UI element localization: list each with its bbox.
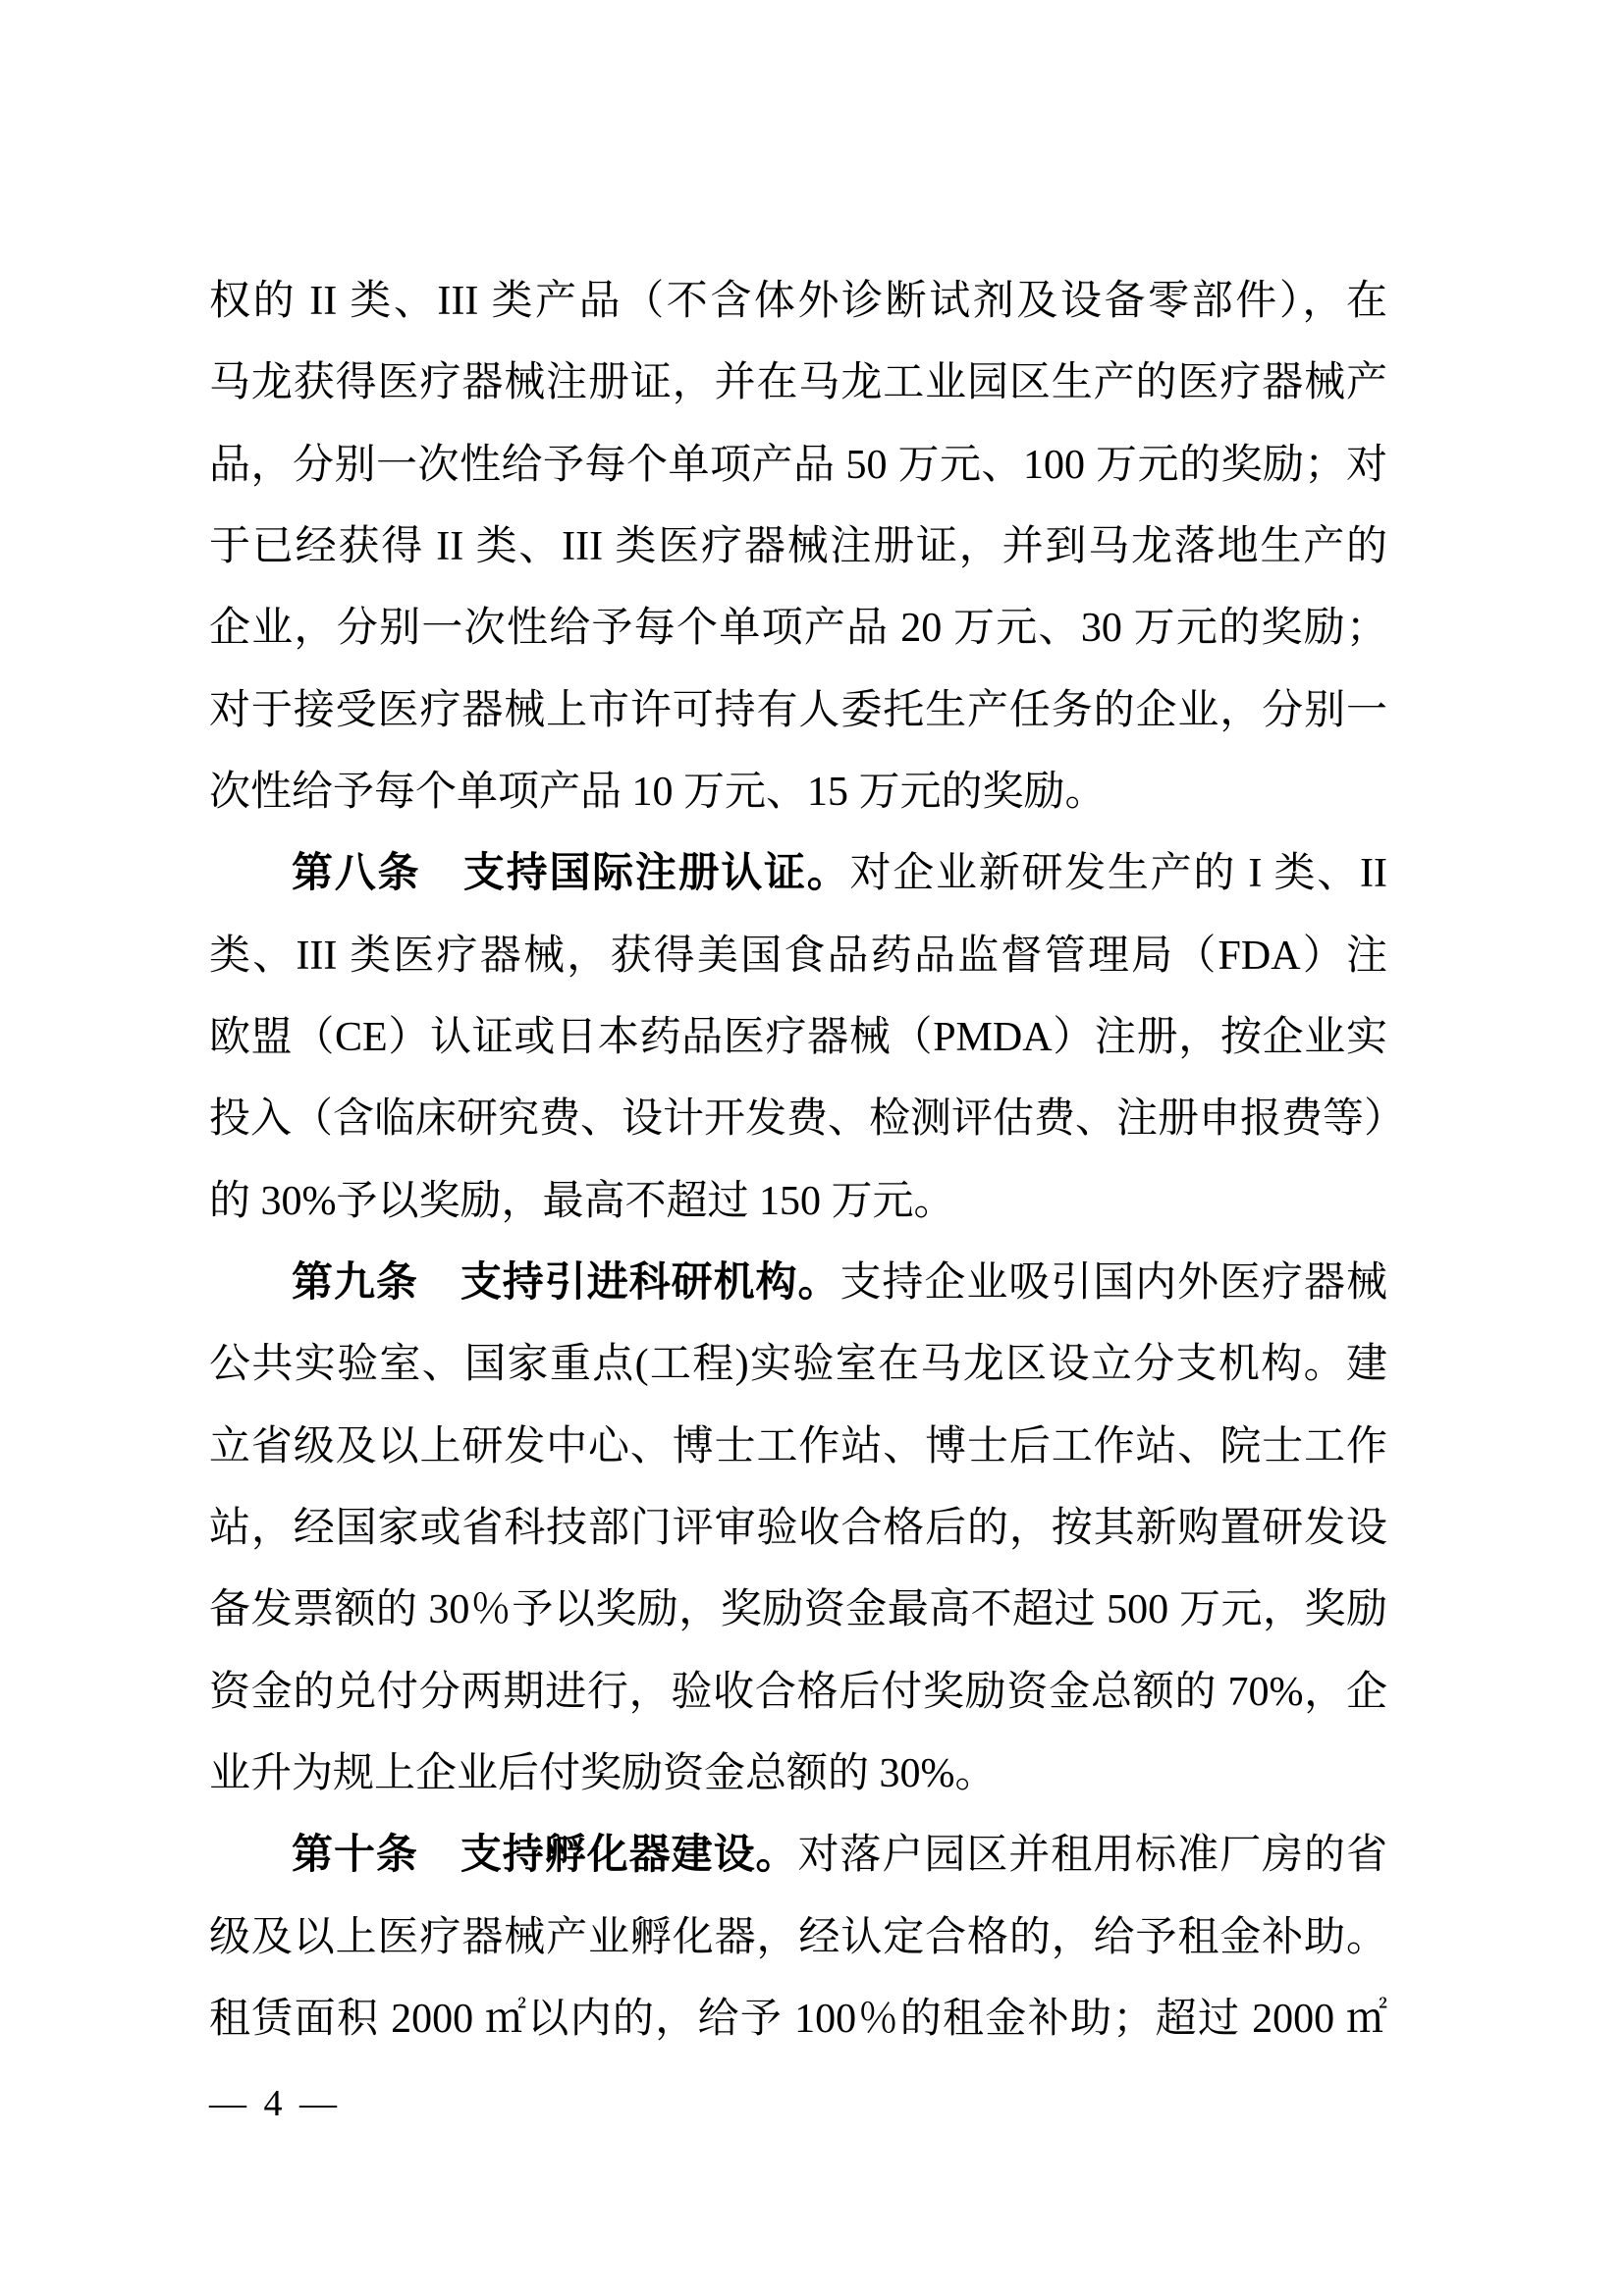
article-heading: 第十条 支持孵化器建设。 xyxy=(292,1833,798,1878)
text-line: 第九条 支持引进科研机构。支持企业吸引国内外医疗器械 xyxy=(209,1243,1387,1324)
text-line: 投入（含临床研究费、设计开发费、检测评估费、注册申报费等） xyxy=(209,1079,1387,1160)
document-body: 权的 II 类、III 类产品（不含体外诊断试剂及设备零部件），在马龙获得医疗器… xyxy=(209,261,1387,2060)
text-line: 业升为规上企业后付奖励资金总额的 30%。 xyxy=(209,1734,1387,1815)
paragraph-article-9: 第九条 支持引进科研机构。支持企业吸引国内外医疗器械公共实验室、国家重点(工程)… xyxy=(209,1243,1387,1815)
text-line: 类、III 类医疗器械，获得美国食品药品监督管理局（FDA）注册、 xyxy=(209,916,1387,997)
text-line: 备发票额的 30％予以奖励，奖励资金最高不超过 500 万元，奖励 xyxy=(209,1570,1387,1651)
text-line: 租赁面积 2000 ㎡以内的，给予 100％的租金补助；超过 2000 ㎡ xyxy=(209,1979,1387,2060)
text-line: 资金的兑付分两期进行，验收合格后付奖励资金总额的 70%，企 xyxy=(209,1652,1387,1734)
text-line: 第十条 支持孵化器建设。对落户园区并租用标准厂房的省 xyxy=(209,1815,1387,1896)
page-number: — 4 — xyxy=(209,2083,337,2124)
text-line: 次性给予每个单项产品 10 万元、15 万元的奖励。 xyxy=(209,752,1387,833)
text-line: 对于接受医疗器械上市许可持有人委托生产任务的企业，分别一 xyxy=(209,670,1387,752)
text-line: 第八条 支持国际注册认证。对企业新研发生产的 I 类、II xyxy=(209,833,1387,915)
text-line: 欧盟（CE）认证或日本药品医疗器械（PMDA）注册，按企业实际 xyxy=(209,997,1387,1079)
document-page: { "page": { "background_color": "#ffffff… xyxy=(0,0,1624,2296)
text-line: 的 30%予以奖励，最高不超过 150 万元。 xyxy=(209,1161,1387,1243)
article-heading: 第九条 支持引进科研机构。 xyxy=(292,1260,839,1306)
paragraph-article-10: 第十条 支持孵化器建设。对落户园区并租用标准厂房的省级及以上医疗器械产业孵化器，… xyxy=(209,1815,1387,2060)
text-line: 企业，分别一次性给予每个单项产品 20 万元、30 万元的奖励； xyxy=(209,588,1387,669)
article-heading: 第八条 支持国际注册认证。 xyxy=(292,851,850,896)
paragraph-continuation: 权的 II 类、III 类产品（不含体外诊断试剂及设备零部件），在马龙获得医疗器… xyxy=(209,261,1387,833)
text-line: 公共实验室、国家重点(工程)实验室在马龙区设立分支机构。建 xyxy=(209,1324,1387,1406)
text-line: 级及以上医疗器械产业孵化器，经认定合格的，给予租金补助。 xyxy=(209,1897,1387,1979)
text-line: 品，分别一次性给予每个单项产品 50 万元、100 万元的奖励；对 xyxy=(209,425,1387,507)
paragraph-article-8: 第八条 支持国际注册认证。对企业新研发生产的 I 类、II类、III 类医疗器械… xyxy=(209,833,1387,1243)
text-line: 马龙获得医疗器械注册证，并在马龙工业园区生产的医疗器械产 xyxy=(209,343,1387,424)
text-line: 立省级及以上研发中心、博士工作站、博士后工作站、院士工作 xyxy=(209,1407,1387,1488)
text-line: 于已经获得 II 类、III 类医疗器械注册证，并到马龙落地生产的 xyxy=(209,507,1387,588)
text-line: 站，经国家或省科技部门评审验收合格后的，按其新购置研发设 xyxy=(209,1488,1387,1570)
text-line: 权的 II 类、III 类产品（不含体外诊断试剂及设备零部件），在 xyxy=(209,261,1387,343)
